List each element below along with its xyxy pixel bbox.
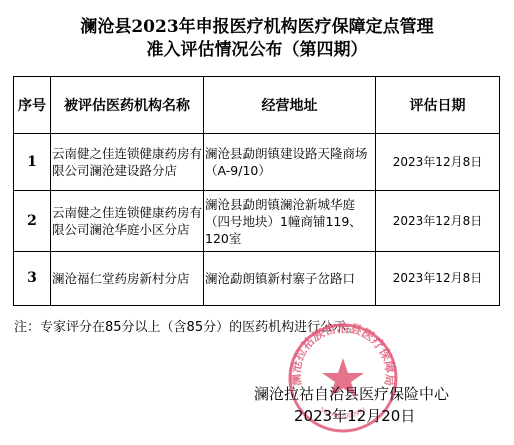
cell-institution-name: 云南健之佳连锁健康药房有限公司澜沧华庭小区分店 [51, 191, 204, 252]
table-row: 1 云南健之佳连锁健康药房有限公司澜沧建设路分店 澜沧县勐朗镇建设路天隆商场（A… [14, 134, 500, 191]
cell-address: 澜沧县勐朗镇澜沧新城华庭（四号地块）1幢商铺119、120室 [204, 191, 376, 252]
cell-address: 澜沧勐朗镇新村寨子岔路口 [204, 252, 376, 306]
header-institution-name: 被评估医药机构名称 [51, 77, 204, 134]
issuing-organization: 澜沧拉祜自治县医疗保险中心 [254, 383, 449, 404]
cell-evaluation-date: 2023年12月8日 [376, 252, 500, 306]
header-serial-no: 序号 [14, 77, 51, 134]
document-title-line2: 准入评估情况公布（第四期） [0, 39, 514, 61]
cell-evaluation-date: 2023年12月8日 [376, 191, 500, 252]
cell-serial-no: 2 [14, 191, 51, 252]
cell-serial-no: 1 [14, 134, 51, 191]
cell-evaluation-date: 2023年12月8日 [376, 134, 500, 191]
document-title-line1: 澜沧县2023年申报医疗机构医疗保障定点管理 [0, 16, 514, 38]
cell-serial-no: 3 [14, 252, 51, 306]
evaluation-table: 序号 被评估医药机构名称 经营地址 评估日期 1 云南健之佳连锁健康药房有限公司… [13, 76, 500, 306]
cell-institution-name: 澜沧福仁堂药房新村分店 [51, 252, 204, 306]
table-header-row: 序号 被评估医药机构名称 经营地址 评估日期 [14, 77, 500, 134]
table-row: 2 云南健之佳连锁健康药房有限公司澜沧华庭小区分店 澜沧县勐朗镇澜沧新城华庭（四… [14, 191, 500, 252]
header-evaluation-date: 评估日期 [376, 77, 500, 134]
table-row: 3 澜沧福仁堂药房新村分店 澜沧勐朗镇新村寨子岔路口 2023年12月8日 [14, 252, 500, 306]
cell-address: 澜沧县勐朗镇建设路天隆商场（A-9/10） [204, 134, 376, 191]
header-address: 经营地址 [204, 77, 376, 134]
cell-institution-name: 云南健之佳连锁健康药房有限公司澜沧建设路分店 [51, 134, 204, 191]
issue-date: 2023年12月20日 [294, 405, 415, 426]
